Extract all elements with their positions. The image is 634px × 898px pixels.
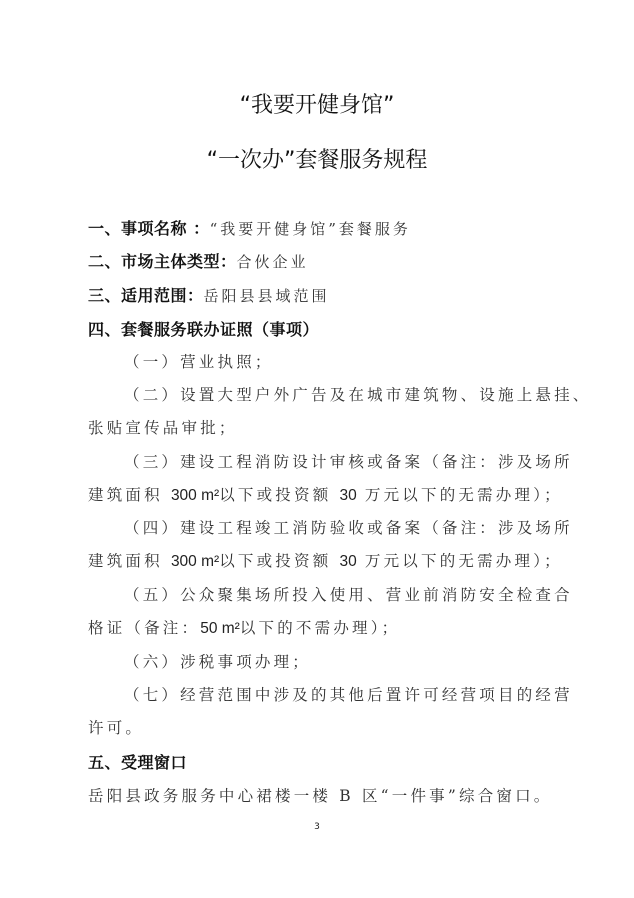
area-value: 50 m² [200, 620, 240, 637]
list-item-6: （六）涉税事项办理； [124, 650, 584, 672]
text: 格证（备注： [88, 619, 200, 637]
text: 以下或投资额 [219, 486, 339, 504]
text: 建筑面积 [88, 486, 171, 504]
section-window-heading: 五、受理窗口 [88, 750, 548, 773]
text: 万元以下的无需办理）； [357, 552, 563, 570]
page-number: 3 [0, 822, 634, 832]
area-value: 300 m² [171, 553, 219, 570]
text: 以下的不需办理）； [240, 619, 401, 637]
list-item-2: （二）设置大型户外广告及在城市建筑物、设施上悬挂、 [124, 383, 584, 405]
document-title-line1: “我要开健身馆” [0, 88, 634, 119]
list-item-4-cont: 建筑面积 300 m²以下或投资额 30 万元以下的无需办理）； [88, 549, 548, 571]
list-item-5-cont: 格证（备注：50 m²以下的不需办理）； [88, 616, 548, 638]
section-heading: 一、事项名称 ： [88, 219, 210, 238]
document-page: “我要开健身馆” “一次办”套餐服务规程 一、事项名称 ：“我要开健身馆”套餐服… [0, 0, 634, 898]
text: 万元以下的无需办理）； [357, 486, 563, 504]
section-value: “我要开健身馆”套餐服务 [210, 220, 411, 238]
list-item-7: （七）经营范围中涉及的其他后置许可经营项目的经营 [124, 683, 584, 705]
list-item-2-cont: 张贴宣传品审批； [88, 416, 548, 438]
area-value: 300 m² [171, 487, 219, 504]
section-heading: 三、适用范围： [88, 286, 204, 305]
document-title-line2: “一次办”套餐服务规程 [0, 143, 634, 174]
list-item-3-cont: 建筑面积 300 m²以下或投资额 30 万元以下的无需办理）； [88, 483, 548, 505]
list-item-4: （四）建设工程竣工消防验收或备案（备注：涉及场所 [124, 516, 584, 538]
section-bundle-licenses: 四、套餐服务联办证照（事项） [88, 317, 548, 340]
section-heading: 二、市场主体类型： [88, 252, 237, 271]
list-item-3: （三）建设工程消防设计审核或备案（备注：涉及场所 [124, 450, 584, 472]
section-scope: 三、适用范围：岳阳县县域范围 [88, 283, 548, 306]
section-value: 岳阳县县域范围 [204, 287, 330, 305]
investment-value: 30 [340, 553, 357, 570]
section-window-body: 岳阳县政务服务中心裙楼一楼 B 区“一件事”综合窗口。 [88, 784, 548, 806]
list-item-7-cont: 许可。 [88, 716, 548, 738]
list-item-5: （五）公众聚集场所投入使用、营业前消防安全检查合 [124, 583, 584, 605]
text: 以下或投资额 [219, 552, 339, 570]
section-market-type: 二、市场主体类型：合伙企业 [88, 249, 548, 272]
section-value: 合伙企业 [237, 253, 309, 271]
section-heading: 四、套餐服务联办证照（事项） [88, 320, 319, 339]
section-item-name: 一、事项名称 ：“我要开健身馆”套餐服务 [88, 216, 548, 239]
text: 建筑面积 [88, 552, 171, 570]
investment-value: 30 [340, 487, 357, 504]
list-item-1: （一）营业执照； [124, 350, 584, 372]
